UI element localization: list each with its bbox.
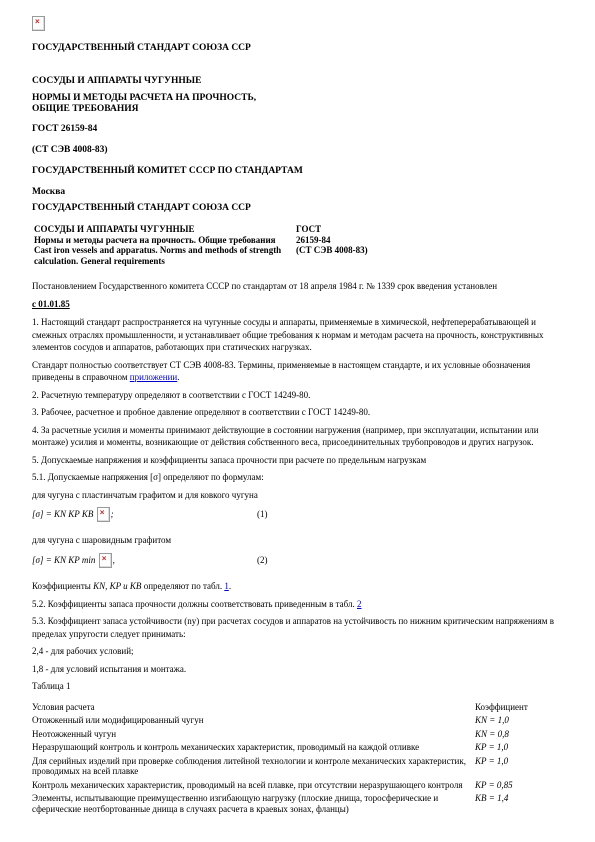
paragraph-5: 4. За расчетные усилия и моменты принима… — [32, 424, 565, 449]
table-row: Контроль механических характеристик, про… — [32, 779, 565, 793]
paragraph-10-middle: определяют по табл. — [141, 581, 224, 591]
title-block-names: СОСУДЫ И АППАРАТЫ ЧУГУННЫЕ Нормы и метод… — [34, 224, 296, 266]
masthead-product-title: СОСУДЫ И АППАРАТЫ ЧУГУННЫЕ — [32, 76, 565, 87]
broken-image-x-glyph: × — [100, 508, 105, 517]
table-row: Неотожженный чугун KN = 0,8 — [32, 728, 565, 742]
paragraph-11-text: 5.2. Коэффициенты запаса прочности должн… — [32, 599, 357, 609]
masthead-subtitle: НОРМЫ И МЕТОДЫ РАСЧЕТА НА ПРОЧНОСТЬ,ОБЩИ… — [32, 93, 565, 115]
broken-image-x-glyph: × — [102, 554, 107, 563]
title-code-number: 26159-84 — [296, 235, 368, 246]
paragraph-2: Стандарт полностью соответствует СТ СЭВ … — [32, 359, 565, 384]
table-cell-condition: Отожженный или модифицированный чугун — [32, 714, 475, 728]
table-1-caption: Таблица 1 — [32, 680, 565, 693]
paragraph-2-tail: . — [177, 372, 179, 382]
formula-1-broken-image-icon: × — [97, 507, 110, 522]
table-cell-value: KP = 1,0 — [475, 755, 565, 779]
broken-image-x-glyph: × — [35, 17, 40, 26]
masthead-subtitle-line1: НОРМЫ И МЕТОДЫ РАСЧЕТА НА ПРОЧНОСТЬ, — [32, 93, 256, 103]
table-cell-condition: Неразрушающий контроль и контроль механи… — [32, 741, 475, 755]
title-name-en: Cast iron vessels and apparatus. Norms a… — [34, 245, 296, 266]
table-cell-value: KN = 0,8 — [475, 728, 565, 742]
decree-paragraph: Постановлением Государственного комитета… — [32, 280, 565, 293]
title-name-ru: Нормы и методы расчета на прочность. Общ… — [34, 235, 296, 246]
document-page: × ГОСУДАРСТВЕННЫЙ СТАНДАРТ СОЮЗА ССР СОС… — [0, 0, 595, 842]
masthead-subtitle-line2: ОБЩИЕ ТРЕБОВАНИЯ — [32, 104, 139, 114]
table-cell-condition: Неотожженный чугун — [32, 728, 475, 742]
table-cell-value: KP = 0,85 — [475, 779, 565, 793]
paragraph-2-text: Стандарт полностью соответствует СТ СЭВ … — [32, 360, 530, 383]
title-block-code: ГОСТ 26159-84 (СТ СЭВ 4008-83) — [296, 224, 368, 266]
masthead-sev-reference: (СТ СЭВ 4008-83) — [32, 145, 565, 156]
table-row: Неразрушающий контроль и контроль механи… — [32, 741, 565, 755]
paragraph-10: Коэффициенты KN, KP и KB определяют по т… — [32, 580, 565, 593]
masthead-standard-label-repeat: ГОСУДАРСТВЕННЫЙ СТАНДАРТ СОЮЗА ССР — [32, 203, 565, 214]
table-row: Элементы, испытывающие преимущественно и… — [32, 792, 565, 816]
title-block: СОСУДЫ И АППАРАТЫ ЧУГУННЫЕ Нормы и метод… — [34, 224, 565, 266]
table-cell-value: KN = 1,0 — [475, 714, 565, 728]
paragraph-14: 1,8 - для условий испытания и монтажа. — [32, 663, 565, 676]
table-cell-condition: Для серийных изделий при проверке соблюд… — [32, 755, 475, 779]
table-row: Для серийных изделий при проверке соблюд… — [32, 755, 565, 779]
table-header-coefficient: Коэффициент — [475, 701, 565, 715]
paragraph-12: 5.3. Коэффициент запаса устойчивости (nу… — [32, 615, 565, 640]
formula-1-number: (1) — [257, 506, 268, 522]
appendix-link[interactable]: приложении — [130, 372, 177, 382]
table-row: Отожженный или модифицированный чугун KN… — [32, 714, 565, 728]
table-2-link[interactable]: 2 — [357, 599, 362, 609]
formula-2-expression: [σ] = KN KP min — [32, 555, 95, 565]
paragraph-6: 5. Допускаемые напряжения и коэффициенты… — [32, 454, 565, 467]
paragraph-7: 5.1. Допускаемые напряжения [σ] определя… — [32, 471, 565, 484]
masthead-city: Москва — [32, 187, 565, 198]
paragraph-13: 2,4 - для рабочих условий; — [32, 645, 565, 658]
masthead-gost-number: ГОСТ 26159-84 — [32, 124, 565, 135]
formula-1: [σ] = KN KP KB ×;(1) — [32, 506, 565, 522]
formula-2-broken-image-icon: × — [99, 553, 112, 568]
paragraph-3: 2. Расчетную температуру определяют в со… — [32, 389, 565, 402]
table-1: Условия расчета Коэффициент Отожженный и… — [32, 701, 565, 817]
paragraph-9: для чугуна с шаровидным графитом — [32, 534, 565, 547]
table-cell-value: KB = 1,4 — [475, 792, 565, 816]
paragraph-4: 3. Рабочее, расчетное и пробное давление… — [32, 406, 565, 419]
table-cell-condition: Контроль механических характеристик, про… — [32, 779, 475, 793]
formula-2-punctuation: , — [113, 555, 115, 565]
coefficient-variables: KN, KP и KB — [93, 581, 141, 591]
formula-1-punctuation: ; — [111, 509, 114, 519]
table-header-conditions: Условия расчета — [32, 701, 475, 715]
paragraph-10-tail: . — [229, 581, 231, 591]
paragraph-10-text: Коэффициенты — [32, 581, 93, 591]
paragraph-8: для чугуна с пластинчатым графитом и для… — [32, 489, 565, 502]
table-cell-condition: Элементы, испытывающие преимущественно и… — [32, 792, 475, 816]
formula-1-expression: [σ] = KN KP KB — [32, 509, 93, 519]
title-code-sev: (СТ СЭВ 4008-83) — [296, 245, 368, 256]
effective-date: с 01.01.85 — [32, 298, 565, 311]
title-code-gost: ГОСТ — [296, 224, 368, 235]
formula-2: [σ] = KN KP min ×,(2) — [32, 552, 565, 568]
paragraph-11: 5.2. Коэффициенты запаса прочности должн… — [32, 598, 565, 611]
formula-2-number: (2) — [257, 552, 268, 568]
broken-image-icon: × — [32, 16, 45, 31]
paragraph-1: 1. Настоящий стандарт распространяется н… — [32, 316, 565, 354]
masthead-committee: ГОСУДАРСТВЕННЫЙ КОМИТЕТ СССР ПО СТАНДАРТ… — [32, 166, 565, 177]
title-name-caps: СОСУДЫ И АППАРАТЫ ЧУГУННЫЕ — [34, 224, 296, 235]
masthead-standard-label-top: ГОСУДАРСТВЕННЫЙ СТАНДАРТ СОЮЗА ССР — [32, 43, 565, 54]
table-header-row: Условия расчета Коэффициент — [32, 701, 565, 715]
table-cell-value: KP = 1,0 — [475, 741, 565, 755]
